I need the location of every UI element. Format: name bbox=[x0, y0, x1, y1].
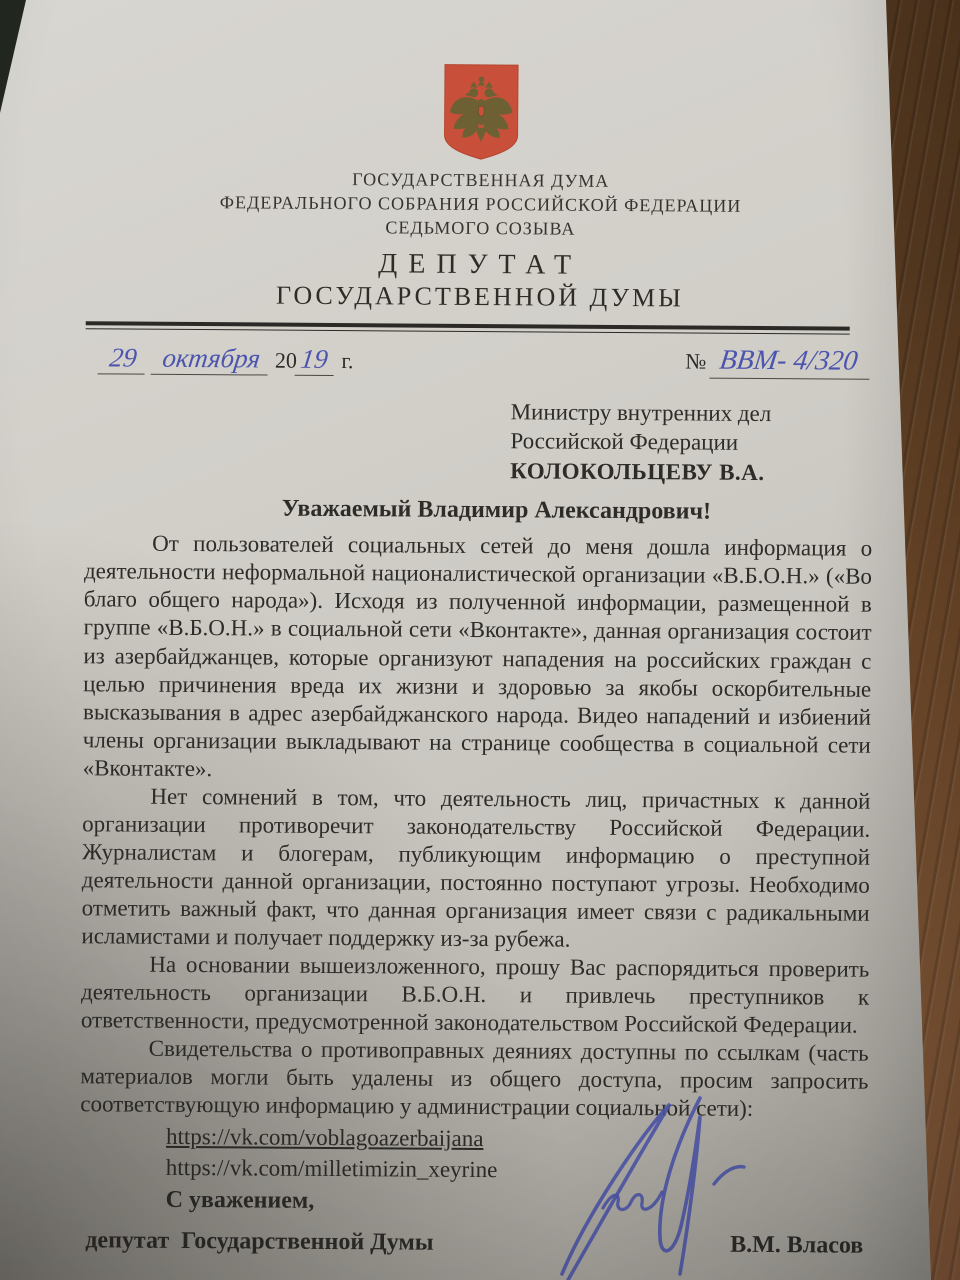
photo-scene: ГОСУДАРСТВЕННАЯ ДУМА ФЕДЕРАЛЬНОГО СОБРАН… bbox=[0, 0, 960, 1280]
body-paragraph-2: Нет сомнений в том, что деятельность лиц… bbox=[81, 782, 870, 956]
date-year-handwritten: 19 bbox=[295, 346, 338, 376]
salutation: Уважаемый Владимир Александрович! bbox=[84, 495, 872, 528]
body-paragraph-3: На основании вышеизложенного, прошу Вас … bbox=[81, 950, 870, 1040]
closing-regards: С уважением, bbox=[166, 1187, 868, 1219]
date-month-handwritten: октября bbox=[150, 345, 271, 376]
letter-paper: ГОСУДАРСТВЕННАЯ ДУМА ФЕДЕРАЛЬНОГО СОБРАН… bbox=[0, 0, 960, 1280]
letterhead-title-deputy: ДЕПУТАТ bbox=[86, 245, 874, 285]
number-sign-label: № bbox=[685, 348, 706, 373]
letterhead-org-line3: СЕДЬМОГО СОЗЫВА bbox=[86, 213, 874, 243]
date-day-handwritten: 29 bbox=[98, 344, 149, 374]
outgoing-number-handwritten: ВВМ- 4/320 bbox=[710, 347, 874, 380]
outgoing-number-field: № ВВМ- 4/320 bbox=[685, 346, 871, 379]
date-year-prefix: 20 bbox=[275, 348, 297, 373]
addressee-name: КОЛОКОЛЬЦЕВУ В.А. bbox=[510, 456, 873, 488]
signature-row: депутат Государственной Думы В.М. Власов bbox=[79, 1228, 867, 1261]
letter-body: От пользователей социальных сетей до мен… bbox=[80, 530, 872, 1124]
signer-position: депутат Государственной Думы bbox=[85, 1228, 433, 1257]
body-paragraph-4: Свидетельства о противоправных деяниях д… bbox=[80, 1034, 869, 1124]
addressee-block: Министру внутренних дел Российской Федер… bbox=[510, 397, 873, 488]
vk-link-1: https://vk.com/voblagoazerbaijana bbox=[166, 1121, 868, 1157]
signer-name: В.М. Власов bbox=[730, 1232, 863, 1260]
addressee-line1: Министру внутренних дел bbox=[511, 397, 874, 429]
addressee-line2: Российской Федерации bbox=[510, 427, 873, 459]
date-year-suffix: г. bbox=[341, 348, 353, 373]
body-paragraph-1: От пользователей социальных сетей до мен… bbox=[83, 530, 873, 788]
date-field: 29 октября 2019 г. bbox=[99, 344, 353, 376]
dateline-row: 29 октября 2019 г. № ВВМ- 4/320 bbox=[85, 342, 873, 380]
vk-link-2: https://vk.com/milletimizin_xeyrine bbox=[166, 1152, 868, 1188]
evidence-links: https://vk.com/voblagoazerbaijana https:… bbox=[166, 1121, 868, 1188]
letter-content: ГОСУДАРСТВЕННАЯ ДУМА ФЕДЕРАЛЬНОГО СОБРАН… bbox=[0, 0, 960, 1280]
letterhead-divider-rule bbox=[86, 321, 850, 334]
letterhead-title-duma: ГОСУДАРСТВЕННОЙ ДУМЫ bbox=[86, 279, 874, 315]
russia-coat-of-arms-icon bbox=[438, 62, 525, 163]
